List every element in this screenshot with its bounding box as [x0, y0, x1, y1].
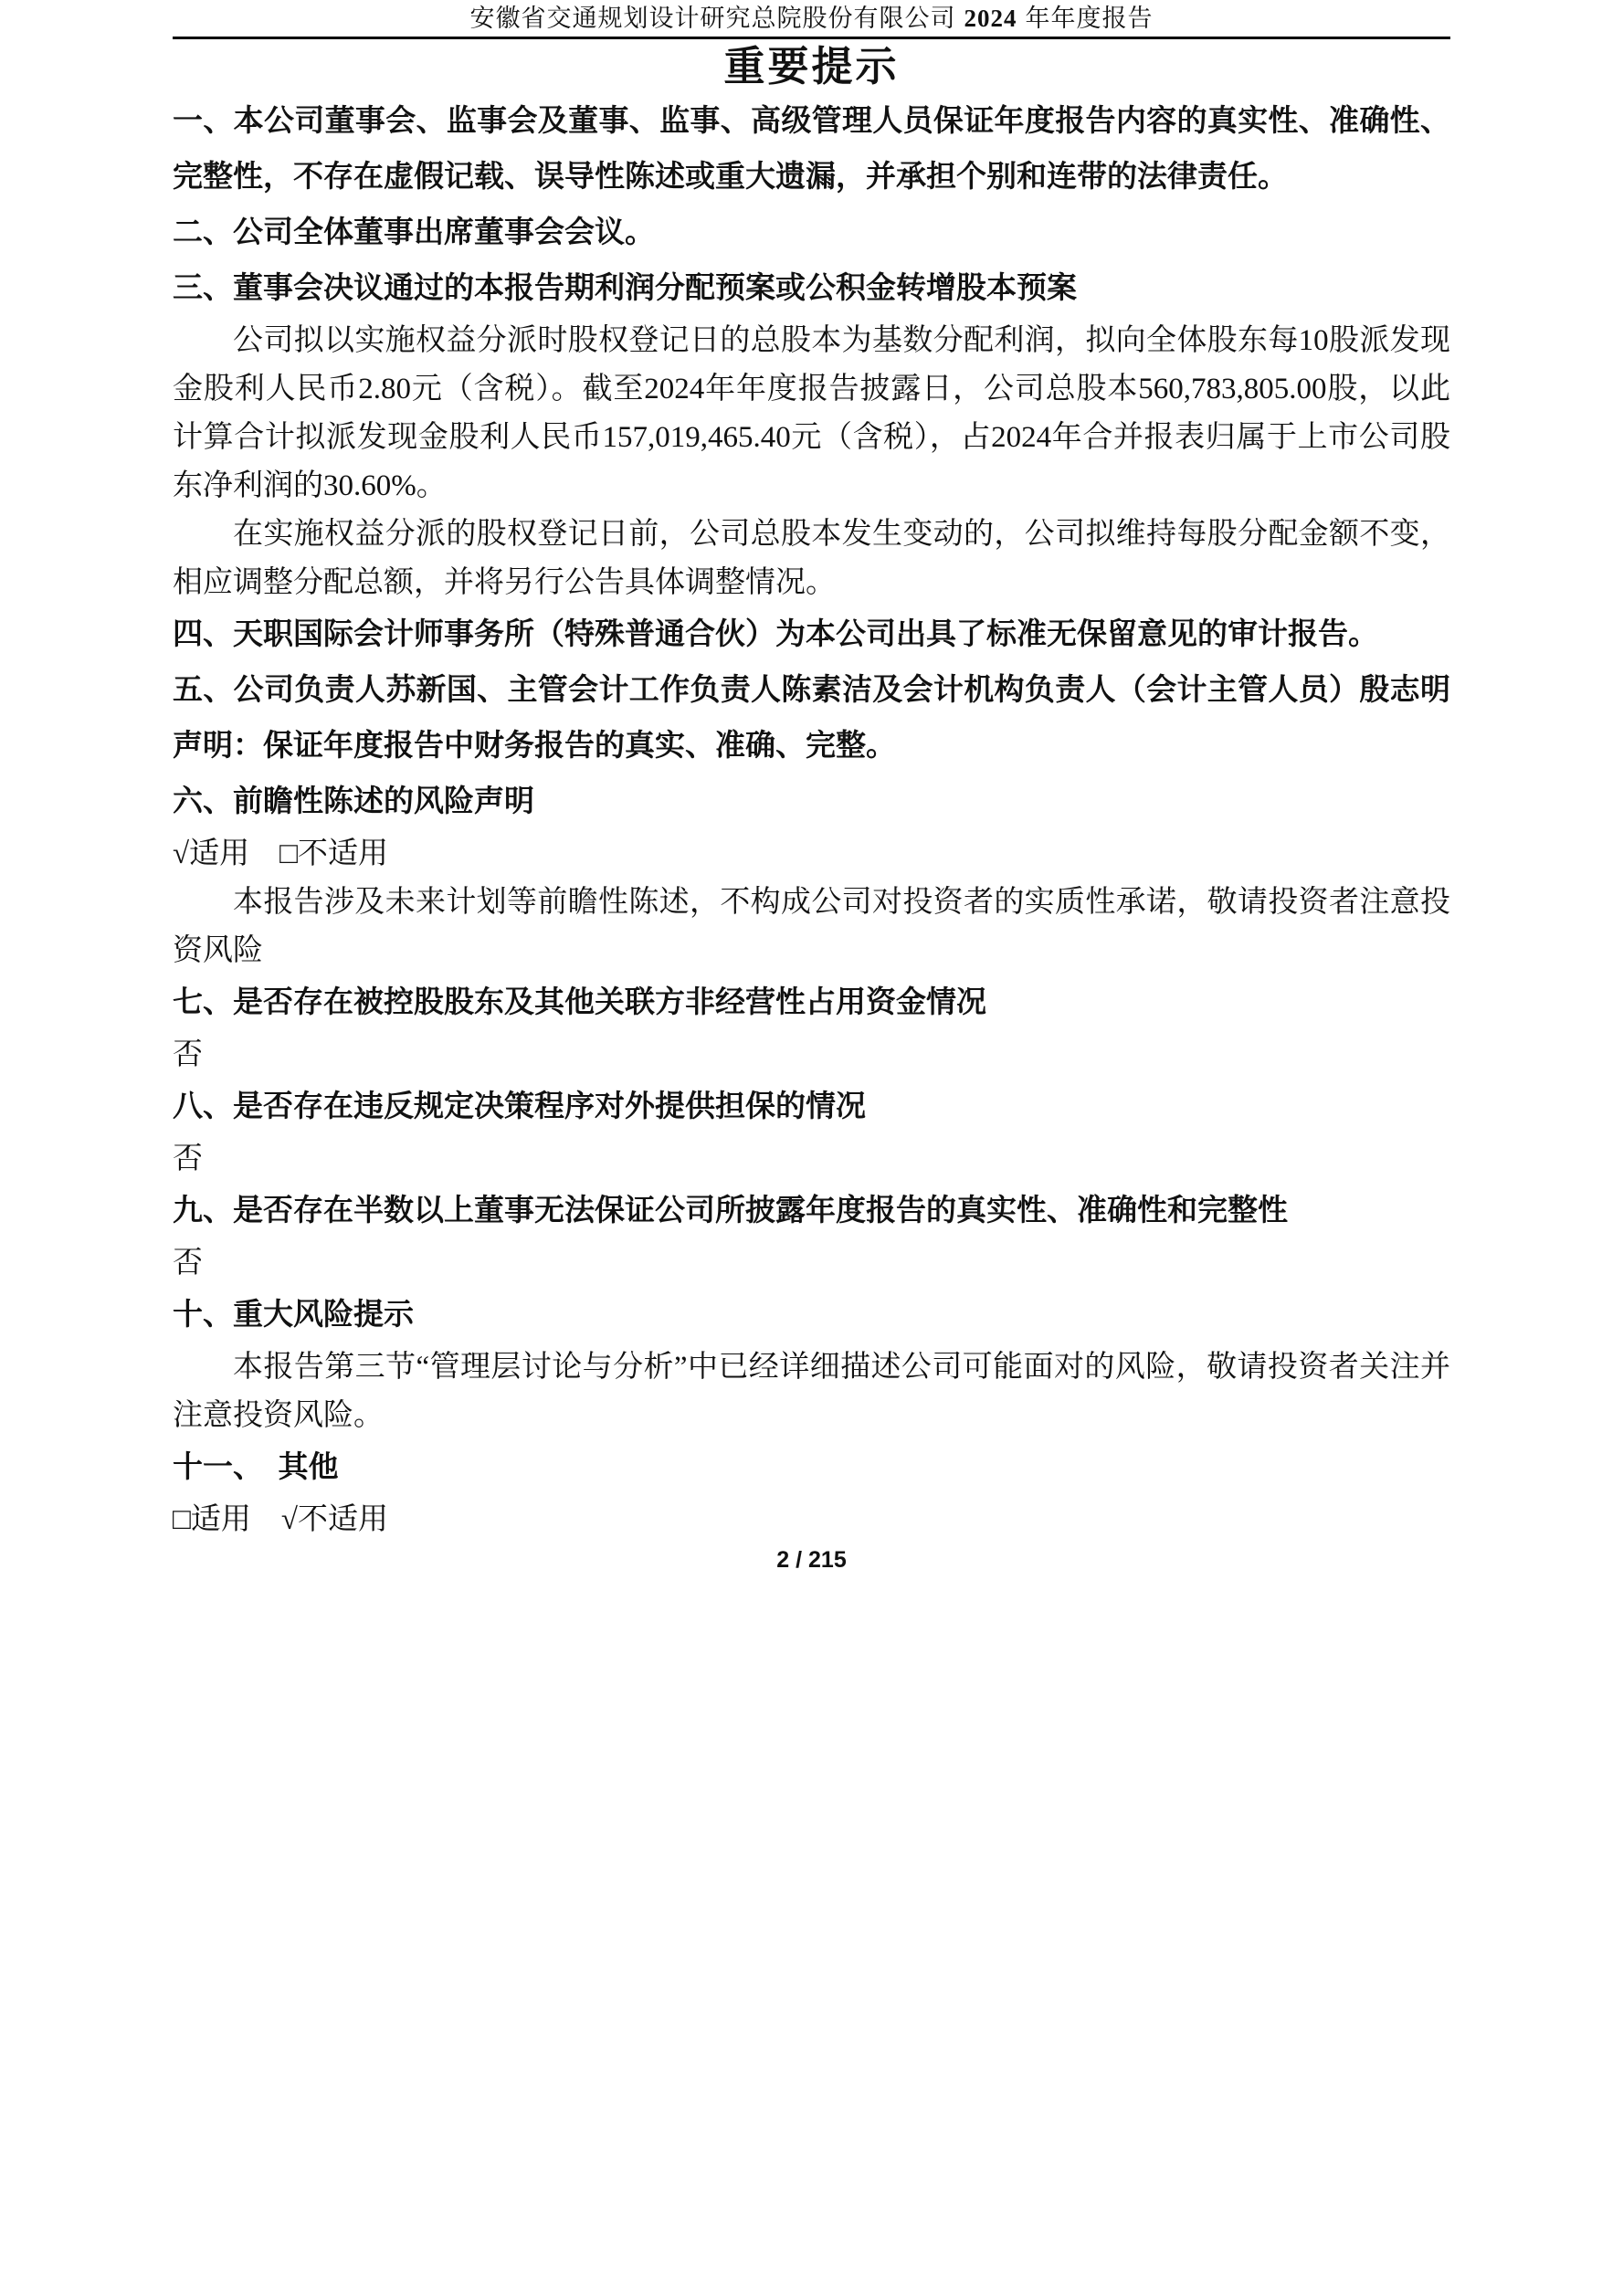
section-10-paragraph-1: 本报告第三节“管理层讨论与分析”中已经详细描述公司可能面对的风险，敬请投资者关注…	[173, 1343, 1450, 1440]
section-7-answer: 否	[173, 1031, 1450, 1080]
section-9-heading: 九、是否存在半数以上董事无法保证公司所披露年度报告的真实性、准确性和完整性	[173, 1184, 1450, 1239]
section-8-heading: 八、是否存在违反规定决策程序对外提供担保的情况	[173, 1080, 1450, 1135]
document-title: 重要提示	[173, 39, 1450, 94]
page-content: 安徽省交通规划设计研究总院股份有限公司2024年年度报告 重要提示 一、本公司董…	[173, 0, 1450, 1575]
section-10-heading: 十、重大风险提示	[173, 1288, 1450, 1343]
section-5-heading: 五、公司负责人苏新国、主管会计工作负责人陈素洁及会计机构负责人（会计主管人员）殷…	[173, 663, 1450, 774]
section-2-heading: 二、公司全体董事出席董事会会议。	[173, 205, 1450, 261]
section-11-heading: 十一、 其他	[173, 1440, 1450, 1496]
section-4-heading: 四、天职国际会计师事务所（特殊普通合伙）为本公司出具了标准无保留意见的审计报告。	[173, 607, 1450, 663]
header-report-suffix: 年年度报告	[1026, 5, 1154, 32]
section-7-heading: 七、是否存在被控股股东及其他关联方非经营性占用资金情况	[173, 975, 1450, 1031]
page-number: 2 / 215	[173, 1544, 1450, 1575]
header-company-name: 安徽省交通规划设计研究总院股份有限公司	[470, 5, 956, 32]
section-6-paragraph-1: 本报告涉及未来计划等前瞻性陈述，不构成公司对投资者的实质性承诺，敬请投资者注意投…	[173, 879, 1450, 975]
header-year: 2024	[964, 5, 1017, 32]
section-6-applicability: √适用 □不适用	[173, 830, 1450, 879]
section-9-answer: 否	[173, 1239, 1450, 1288]
page-header: 安徽省交通规划设计研究总院股份有限公司2024年年度报告	[173, 0, 1450, 37]
section-3-paragraph-2: 在实施权益分派的股权登记日前，公司总股本发生变动的，公司拟维持每股分配金额不变，…	[173, 511, 1450, 607]
section-3-paragraph-1: 公司拟以实施权益分派时股权登记日的总股本为基数分配利润，拟向全体股东每10股派发…	[173, 317, 1450, 511]
section-1-heading: 一、本公司董事会、监事会及董事、监事、高级管理人员保证年度报告内容的真实性、准确…	[173, 94, 1450, 205]
section-11-applicability: □适用 √不适用	[173, 1496, 1450, 1544]
report-page: 安徽省交通规划设计研究总院股份有限公司2024年年度报告 重要提示 一、本公司董…	[0, 0, 1623, 2296]
section-8-answer: 否	[173, 1135, 1450, 1184]
section-6-heading: 六、前瞻性陈述的风险声明	[173, 774, 1450, 830]
section-3-heading: 三、董事会决议通过的本报告期利润分配预案或公积金转增股本预案	[173, 261, 1450, 317]
